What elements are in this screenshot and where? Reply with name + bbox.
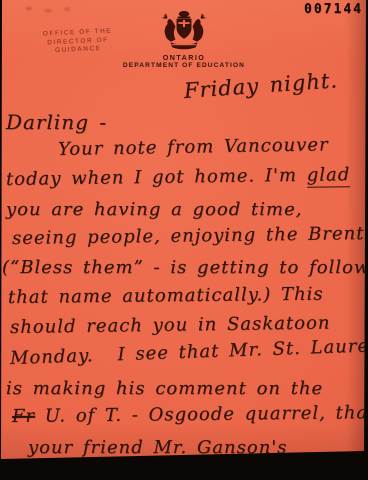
body-text: (“Bless them” - is getting to follow	[2, 257, 368, 278]
letterhead-office-block: OFFICE OF THE DIRECTOR OF GUIDANCE	[25, 27, 130, 57]
body-line: (“Bless them” - is getting to follow	[2, 257, 368, 278]
org-line-2: DEPARTMENT OF EDUCATION	[104, 62, 264, 71]
ontario-coat-of-arms-icon	[161, 9, 207, 53]
faint-stamp-smudge	[22, 3, 80, 17]
underlined-word: glad	[307, 164, 351, 188]
body-text: U. of T. - Osgoode quarrel, that	[35, 402, 368, 427]
body-line: should reach you in Saskatoon	[10, 313, 331, 338]
body-text: your friend Mr. Ganson's	[28, 437, 288, 458]
body-text: that name automatically.) This	[8, 284, 324, 308]
body-line: Fr U. of T. - Osgoode quarrel, that	[12, 402, 368, 427]
body-line: that name automatically.) This	[8, 284, 324, 308]
body-text: I see that Mr. St. Laurent	[117, 335, 368, 365]
letterhead-org-block: ONTARIO DEPARTMENT OF EDUCATION	[104, 54, 264, 71]
body-line: is making his comment on the	[6, 378, 323, 399]
body-text: seeing people, enjoying the Brents.	[12, 223, 368, 249]
body-text: you are having a good time,	[6, 199, 302, 220]
body-line: today when I got home. I'm glad	[6, 164, 351, 190]
body-text: should reach you in Saskatoon	[10, 313, 331, 338]
body-line: Monday.I see that Mr. St. Laurent	[10, 335, 368, 369]
handwritten-date: Friday night.	[183, 68, 338, 103]
crossed-out-word: Fr	[12, 406, 35, 427]
body-text: Monday.	[10, 345, 94, 369]
body-text: Your note from Vancouver	[58, 134, 329, 160]
org-line-1: ONTARIO	[104, 54, 264, 62]
body-text: is making his comment on the	[6, 378, 323, 399]
letter-paper: OFFICE OF THE DIRECTOR OF GUIDANCE	[0, 0, 368, 480]
salutation: Darling -	[6, 110, 107, 134]
body-text: today when I got home. I'm	[6, 165, 307, 190]
body-line: your friend Mr. Ganson's	[28, 437, 288, 458]
body-line: you are having a good time,	[6, 199, 302, 220]
body-line: seeing people, enjoying the Brents.	[12, 223, 368, 249]
body-line: Your note from Vancouver	[58, 134, 329, 160]
page-number-stamp: 007144	[304, 2, 363, 17]
scanned-letter: OFFICE OF THE DIRECTOR OF GUIDANCE	[0, 0, 368, 480]
